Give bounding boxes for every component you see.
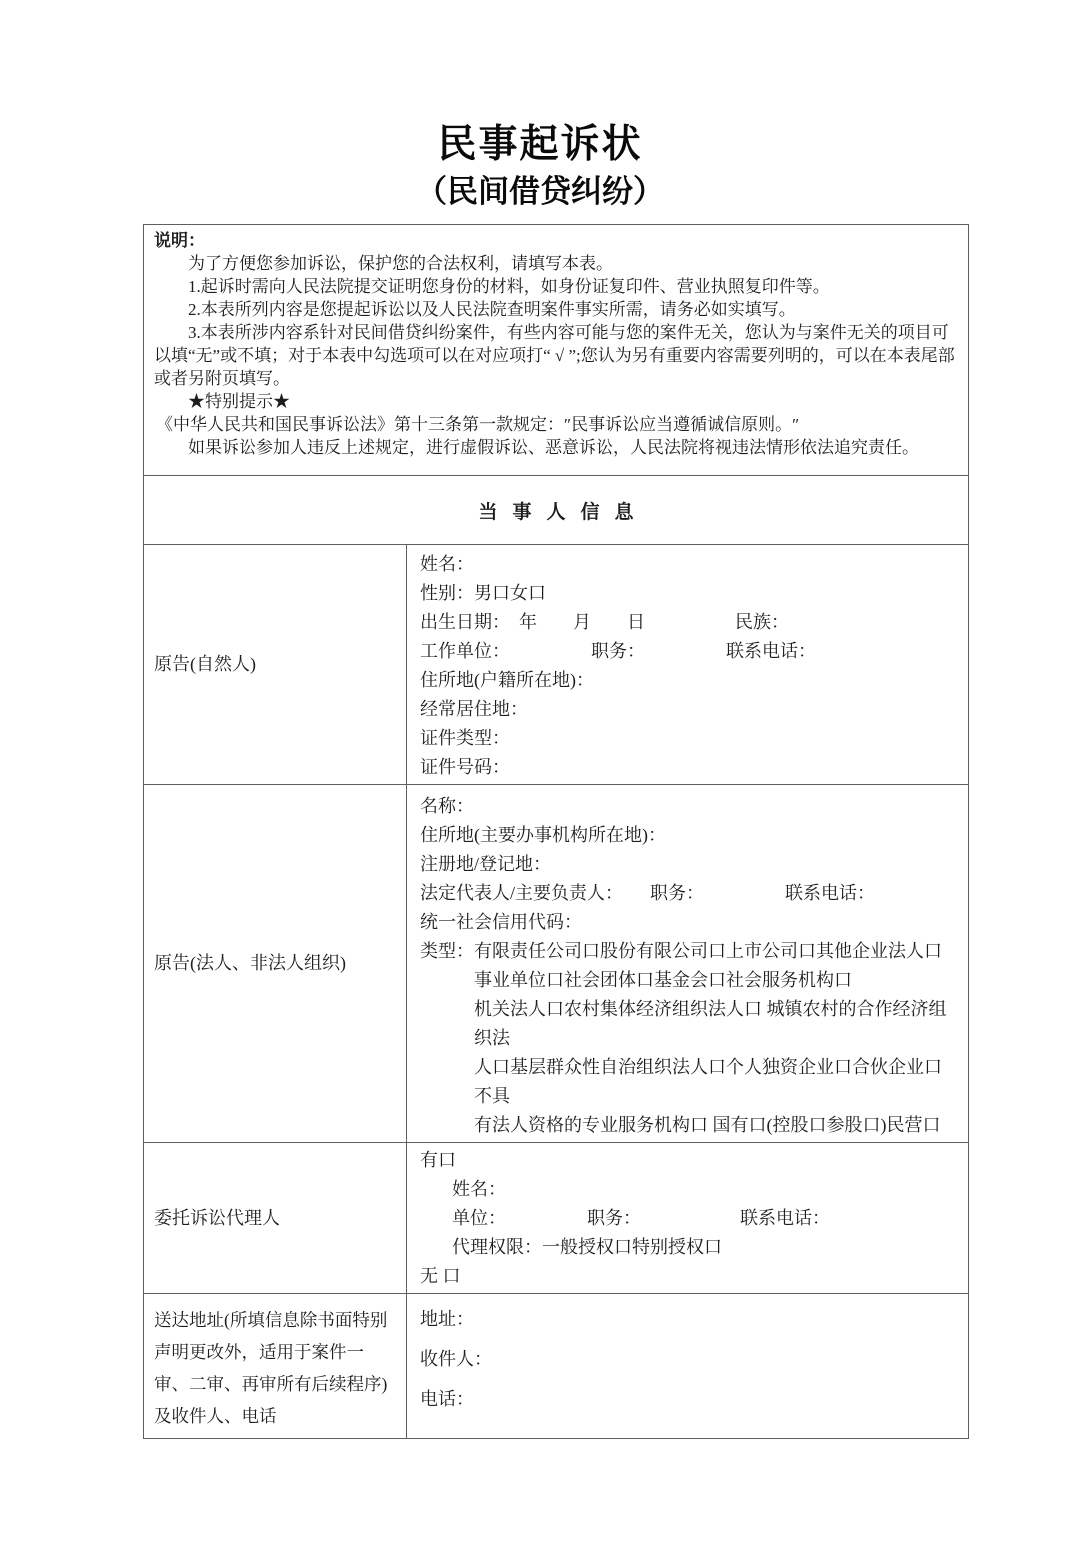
row-label-plaintiff-natural: 原告(自然人) [144, 545, 407, 785]
field-line-domicile: 住所地(户籍所在地)： [420, 666, 958, 695]
agent-line-none: 无 口 [420, 1262, 958, 1291]
address-line-recipient: 收件人： [420, 1339, 958, 1379]
agent-row: 委托诉讼代理人 有口 姓名： 单位： 职务： 联系电话： 代理权限：一般授权口特… [144, 1143, 969, 1294]
org-type-line-5: 有法人资格的专业服务机构口 国有口(控股口参股口)民营口 [474, 1111, 958, 1140]
notice-paragraph-intro: 为了方便您参加诉讼，保护您的合法权利，请填写本表。 [154, 252, 956, 275]
agent-line-has: 有口 [420, 1146, 958, 1175]
notice-warning: 如果诉讼参加人违反上述规定，进行虚假诉讼、恶意诉讼，人民法院将视违法情形依法追究… [154, 436, 956, 459]
section-header-row: 当事人信息 [144, 476, 969, 545]
field-line-org-legal-rep: 法定代表人/主要负责人： 职务： 联系电话： [420, 879, 958, 908]
document-subtitle: （民间借贷纠纷） [0, 173, 1080, 212]
address-fields: 地址： 收件人： 电话： [407, 1294, 969, 1439]
field-line-birthdate: 出生日期： 年 月 日 民族： [420, 608, 958, 637]
org-type-line-4: 人口基层群众性自治组织法人口个人独资企业口合伙企业口不具 [474, 1053, 958, 1111]
org-type-line-1: 有限责任公司口股份有限公司口上市公司口其他企业法人口 [474, 937, 958, 966]
address-row: 送达地址(所填信息除书面特别声明更改外，适用于案件一审、二审、再审所有后续程序)… [144, 1294, 969, 1439]
field-line-name: 姓名： [420, 550, 958, 579]
agent-fields: 有口 姓名： 单位： 职务： 联系电话： 代理权限：一般授权口特别授权口 无 口 [407, 1143, 969, 1294]
field-line-org-registry: 注册地/登记地： [420, 850, 958, 879]
org-type-block: 类型： 有限责任公司口股份有限公司口上市公司口其他企业法人口 事业单位口社会团体… [420, 937, 958, 1140]
notice-paragraph-1: 1.起诉时需向人民法院提交证明您身份的材料，如身份证复印件、营业执照复印件等。 [154, 275, 956, 298]
notice-cell: 说明： 为了方便您参加诉讼，保护您的合法权利，请填写本表。 1.起诉时需向人民法… [144, 225, 969, 476]
field-line-employer: 工作单位： 职务： 联系电话： [420, 637, 958, 666]
document-title: 民事起诉状 [0, 0, 1080, 171]
agent-line-scope: 代理权限：一般授权口特别授权口 [420, 1233, 958, 1262]
field-line-id-number: 证件号码： [420, 753, 958, 782]
notice-paragraph-3: 3.本表所涉内容系针对民间借贷纠纷案件，有些内容可能与您的案件无关，您认为与案件… [154, 321, 956, 390]
complaint-form-table: 说明： 为了方便您参加诉讼，保护您的合法权利，请填写本表。 1.起诉时需向人民法… [143, 224, 969, 1439]
agent-line-name: 姓名： [420, 1175, 958, 1204]
address-line-address: 地址： [420, 1299, 958, 1339]
agent-line-unit: 单位： 职务： 联系电话： [420, 1204, 958, 1233]
plaintiff-org-fields: 名称： 住所地(主要办事机构所在地)： 注册地/登记地： 法定代表人/主要负责人… [407, 785, 969, 1143]
plaintiff-natural-row: 原告(自然人) 姓名： 性别：男口女口 出生日期： 年 月 日 民族： 工作单位… [144, 545, 969, 785]
notice-special-tip: ★特别提示★ [154, 390, 956, 413]
row-label-address: 送达地址(所填信息除书面特别声明更改外，适用于案件一审、二审、再审所有后续程序)… [144, 1294, 407, 1439]
row-label-plaintiff-org: 原告(法人、非法人组织) [144, 785, 407, 1143]
notice-paragraph-2: 2.本表所列内容是您提起诉讼以及人民法院查明案件事实所需，请务必如实填写。 [154, 298, 956, 321]
plaintiff-org-row: 原告(法人、非法人组织) 名称： 住所地(主要办事机构所在地)： 注册地/登记地… [144, 785, 969, 1143]
address-line-phone: 电话： [420, 1379, 958, 1419]
org-type-line-3: 机关法人口农村集体经济组织法人口 城镇农村的合作经济组织法 [474, 995, 958, 1053]
notice-row: 说明： 为了方便您参加诉讼，保护您的合法权利，请填写本表。 1.起诉时需向人民法… [144, 225, 969, 476]
notice-heading: 说明： [154, 229, 956, 252]
row-label-agent: 委托诉讼代理人 [144, 1143, 407, 1294]
notice-law-quote: 《中华人民共和国民事诉讼法》第十三条第一款规定：″民事诉讼应当遵循诚信原则。″ [154, 413, 956, 436]
field-line-org-credit-code: 统一社会信用代码： [420, 908, 958, 937]
field-line-org-domicile: 住所地(主要办事机构所在地)： [420, 821, 958, 850]
field-line-gender: 性别：男口女口 [420, 579, 958, 608]
org-type-line-2: 事业单位口社会团体口基金会口社会服务机构口 [474, 966, 958, 995]
field-line-org-name: 名称： [420, 792, 958, 821]
org-type-label: 类型： [420, 937, 474, 1140]
plaintiff-natural-fields: 姓名： 性别：男口女口 出生日期： 年 月 日 民族： 工作单位： 职务： 联系… [407, 545, 969, 785]
section-header: 当事人信息 [144, 476, 969, 545]
document-page: 民事起诉状 （民间借贷纠纷） 说明： 为了方便您参加诉讼，保护您的合法权利，请填… [0, 0, 1080, 1567]
field-line-residence: 经常居住地： [420, 695, 958, 724]
field-line-id-type: 证件类型： [420, 724, 958, 753]
org-type-options: 有限责任公司口股份有限公司口上市公司口其他企业法人口 事业单位口社会团体口基金会… [474, 937, 958, 1140]
